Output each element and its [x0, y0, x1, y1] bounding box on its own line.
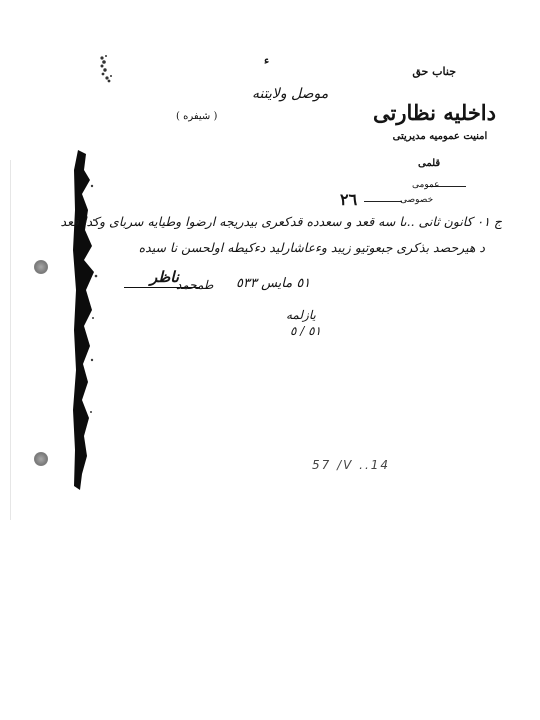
top-mark: ء — [264, 54, 269, 67]
general-label: عمومى — [412, 180, 440, 190]
page-margin-edge — [10, 160, 11, 520]
scanned-document-page: ء موصل ولايتنه ( شيفره ) جناب حق داخليه … — [0, 0, 540, 720]
special-label: خصوصى — [400, 195, 433, 205]
letterhead-subtitle: امنيت عموميه مديريتى — [380, 131, 500, 142]
office-label: قلمى — [418, 158, 440, 169]
scan-smudge — [96, 52, 116, 86]
punch-hole-upper — [34, 260, 48, 274]
addressee: موصل ولايتنه — [252, 86, 328, 102]
archive-annotation: 57 /V ..14 — [312, 458, 390, 472]
registry-number: ١٥ / ٥ — [290, 324, 321, 338]
special-number: ٦٢ — [340, 190, 357, 209]
punch-hole-lower — [34, 452, 48, 466]
body-line-1: ج ١٠ كانون ثانى ..ىا سه قعد و سعدده قدكع… — [61, 214, 502, 229]
date-line: ١٥ مايس ٣٣٥ — [236, 276, 310, 291]
signature-title: طمحمد — [176, 278, 213, 292]
body-line-2: د هيرحصد بذكرى جبعوتيو زيبد وءعاشارليد د… — [139, 240, 485, 255]
binding-shadow — [72, 150, 98, 490]
letterhead-title: داخليه نظارتى — [384, 100, 496, 125]
special-number-line — [364, 201, 402, 202]
cipher-note: ( شيفره ) — [176, 111, 217, 122]
signature-name: ناظر — [150, 268, 179, 286]
registry-label: يازلمه — [286, 308, 316, 322]
tughra-emblem: جناب حق — [418, 66, 456, 96]
